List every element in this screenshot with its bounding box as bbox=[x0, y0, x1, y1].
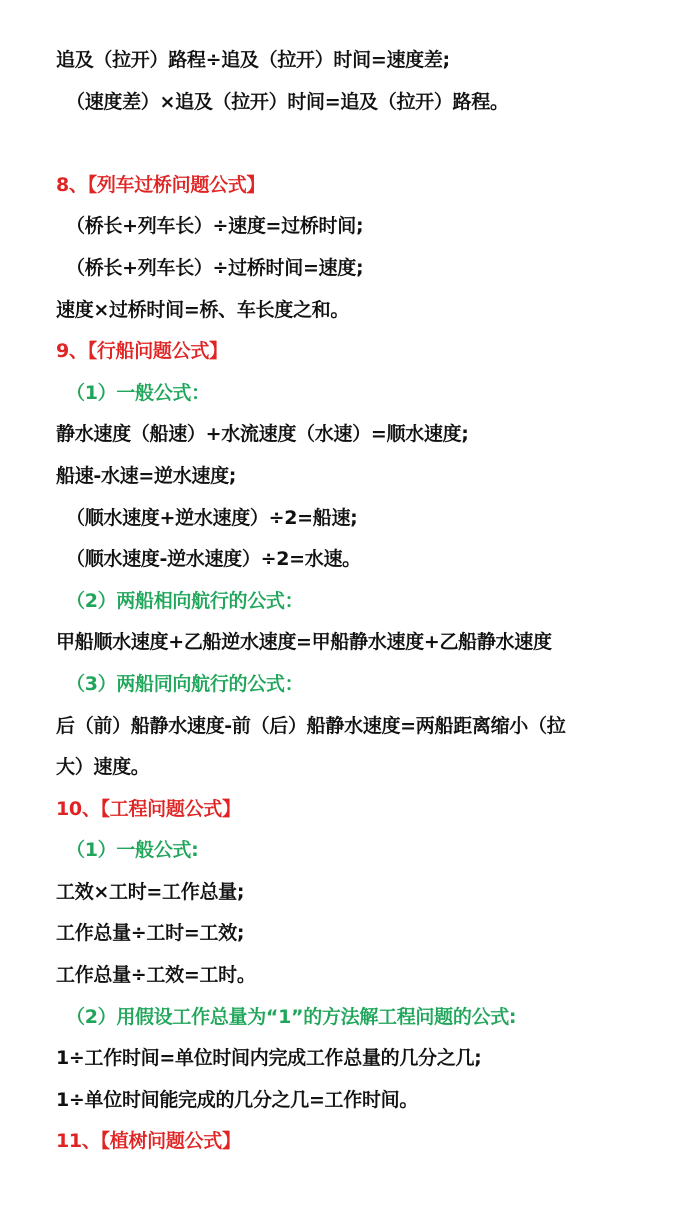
formula-line: 船速-水速=逆水速度; bbox=[56, 456, 656, 498]
section-heading-tree-planting: 11、【植树问题公式】 bbox=[56, 1121, 656, 1163]
formula-line: 大）速度。 bbox=[56, 747, 656, 789]
text-line: 追及（拉开）路程÷追及（拉开）时间=速度差; bbox=[56, 40, 656, 82]
formula-line: 甲船顺水速度+乙船逆水速度=甲船静水速度+乙船静水速度 bbox=[56, 622, 656, 664]
formula-line: 1÷工作时间=单位时间内完成工作总量的几分之几; bbox=[56, 1038, 656, 1080]
formula-line: （桥长+列车长）÷过桥时间=速度; bbox=[56, 248, 656, 290]
subheading-assume-total-one: （2）用假设工作总量为“1”的方法解工程问题的公式: bbox=[56, 997, 656, 1039]
formula-line: （桥长+列车长）÷速度=过桥时间; bbox=[56, 206, 656, 248]
formula-line: 速度×过桥时间=桥、车长度之和。 bbox=[56, 290, 656, 332]
formula-line: 1÷单位时间能完成的几分之几=工作时间。 bbox=[56, 1080, 656, 1122]
formula-line: 工作总量÷工效=工时。 bbox=[56, 955, 656, 997]
formula-line: 工作总量÷工时=工效; bbox=[56, 913, 656, 955]
document-body: 追及（拉开）路程÷追及（拉开）时间=速度差; （速度差）×追及（拉开）时间=追及… bbox=[56, 40, 656, 1163]
blank-line bbox=[56, 123, 656, 165]
subheading-opposite-direction: （2）两船相向航行的公式： bbox=[56, 581, 656, 623]
section-heading-boat: 9、【行船问题公式】 bbox=[56, 331, 656, 373]
section-heading-train-bridge: 8、【列车过桥问题公式】 bbox=[56, 165, 656, 207]
subheading-general-formula: （1）一般公式： bbox=[56, 373, 656, 415]
section-heading-engineering: 10、【工程问题公式】 bbox=[56, 789, 656, 831]
formula-line: 后（前）船静水速度-前（后）船静水速度=两船距离缩小（拉 bbox=[56, 706, 656, 748]
text-line: （速度差）×追及（拉开）时间=追及（拉开）路程。 bbox=[56, 82, 656, 124]
subheading-general-formula: （1）一般公式: bbox=[56, 830, 656, 872]
formula-line: （顺水速度+逆水速度）÷2=船速; bbox=[56, 498, 656, 540]
subheading-same-direction: （3）两船同向航行的公式： bbox=[56, 664, 656, 706]
formula-line: 工效×工时=工作总量; bbox=[56, 872, 656, 914]
formula-line: 静水速度（船速）+水流速度（水速）=顺水速度; bbox=[56, 414, 656, 456]
formula-line: （顺水速度-逆水速度）÷2=水速。 bbox=[56, 539, 656, 581]
